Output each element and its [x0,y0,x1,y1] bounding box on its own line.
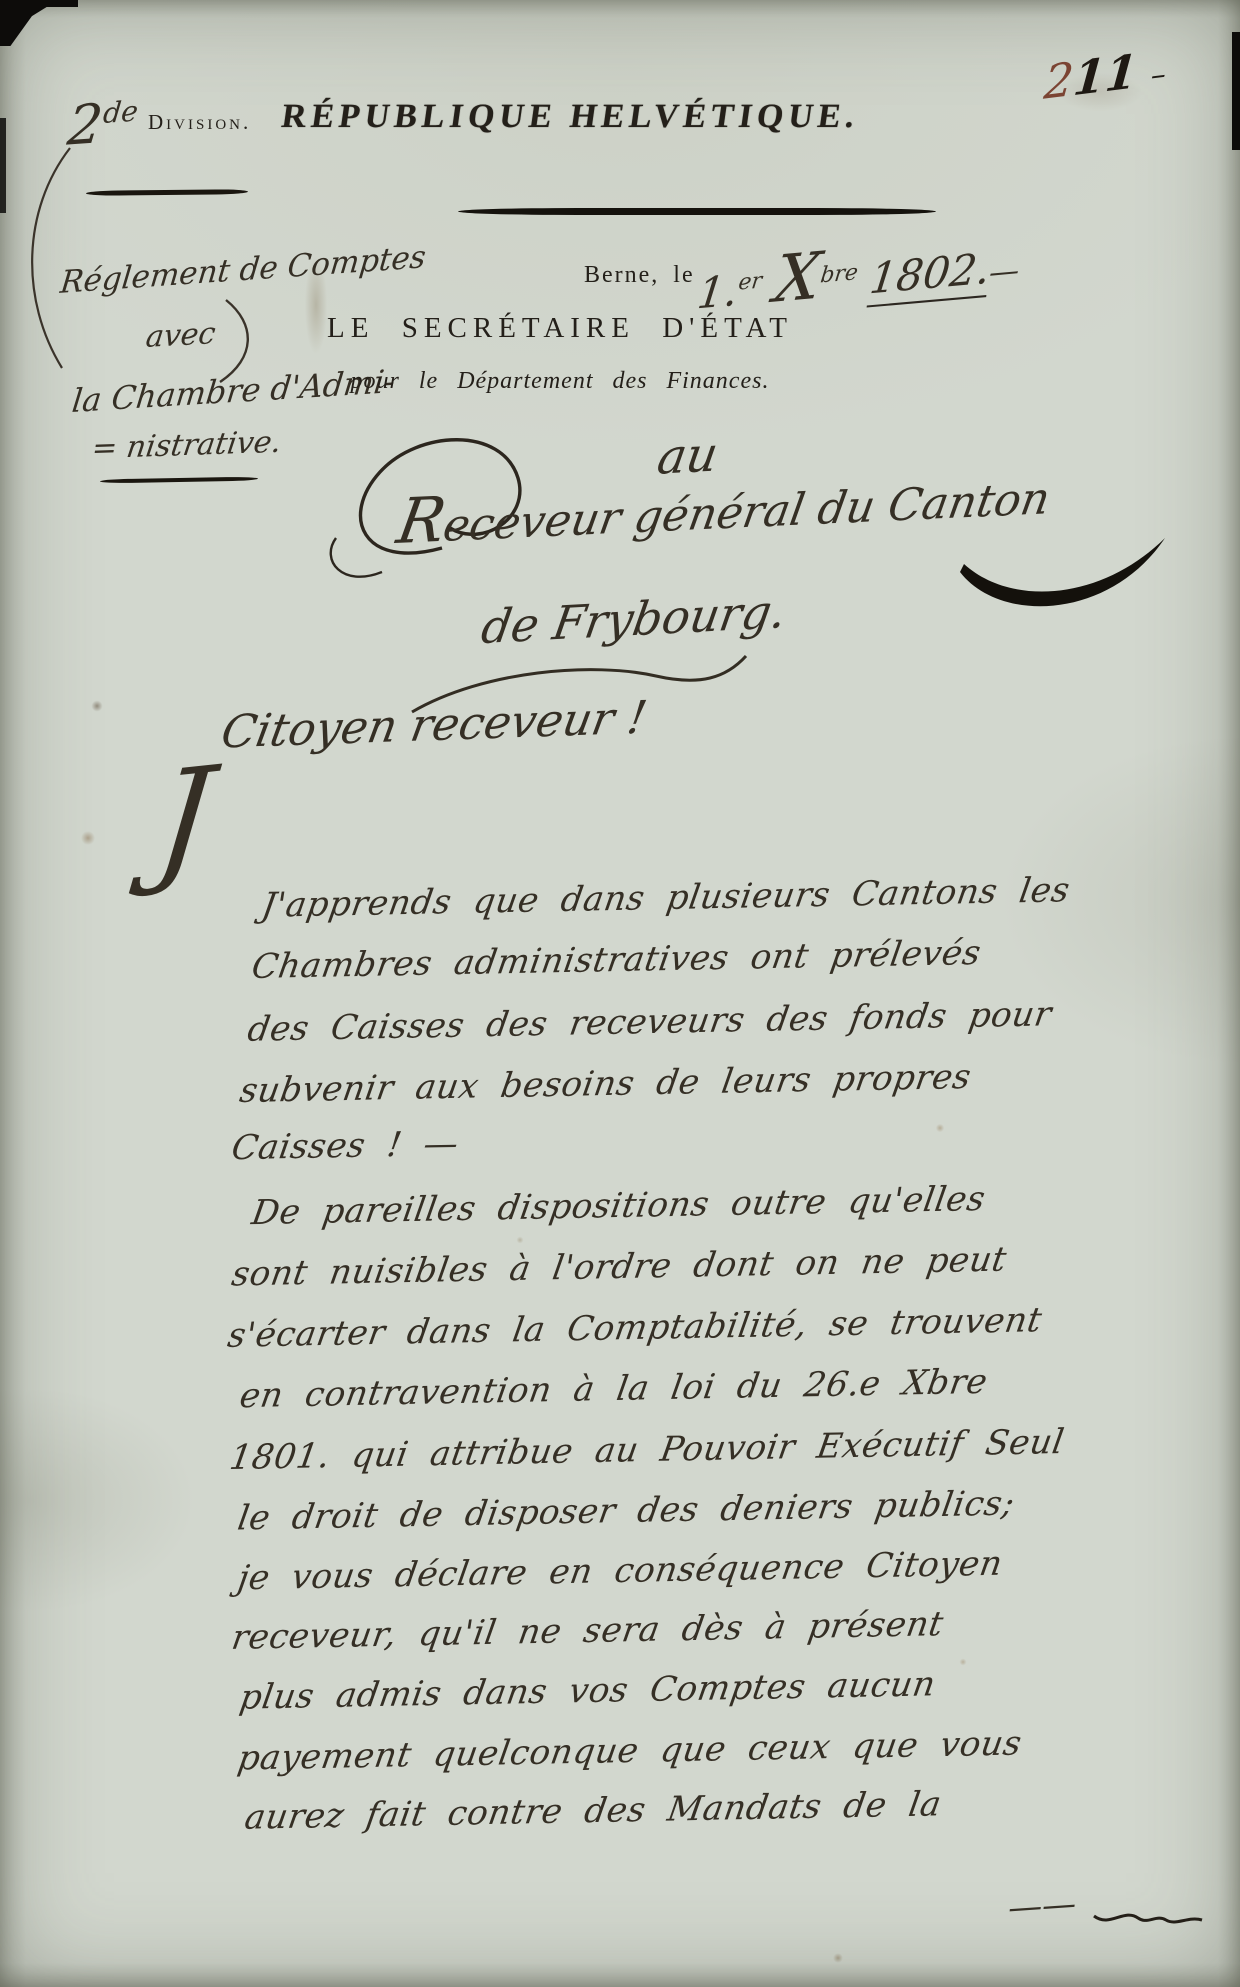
body-line: 1801. qui attribue au Pouvoir Exécutif S… [227,1422,1067,1478]
folio-dash: – [1149,56,1167,93]
dateline-day: 1. [695,265,741,318]
scan-edge-right-strip [1232,32,1240,150]
closing-dash: —— [1007,1884,1078,1929]
title-rule [458,208,936,215]
initial-flourish: J [150,738,219,900]
body-line: De pareilles dispositions outre qu'elles [249,1179,988,1233]
paraph-flourish [1090,1890,1210,1940]
body-line: plus admis dans vos Comptes aucun [237,1664,939,1717]
scan-edge-left-nick [0,118,6,213]
dateline-handwritten: 1.er Xbre 1802.— [694,221,1025,324]
dateline-month: X [771,239,826,318]
body-line: en contravention à la loi du 26.e Xbre [237,1362,990,1416]
body-line: aurez fait contre des Mandats de la [242,1784,944,1837]
body-line: le droit de disposer des deniers publics… [235,1483,1017,1538]
dateline-dash: — [987,253,1021,291]
division-underline [86,189,248,196]
body-line: subvenir aux besoins de leurs propres [237,1057,974,1111]
margin-note-line1: Réglement de Comptes [59,239,428,301]
body-line: sont nuisibles à l'ordre dont on ne peut [229,1240,1009,1295]
body-line: payement quelconque que ceux que vous [235,1723,1025,1778]
dateline-place: Berne, le [584,262,695,289]
dateline-month-suffix: bre [819,260,859,289]
body-line: J'apprends que dans plusieurs Cantons le… [259,870,1073,926]
folio-number: 211 – [1042,40,1169,110]
folio-rest-digits: 11 [1071,44,1139,107]
margin-note-line2: avec [144,316,218,355]
office-line2: pour le Département des Finances. [310,368,810,395]
dateline-day-suffix: er [737,268,763,295]
page-title: RÉPUBLIQUE HELVÉTIQUE. [245,98,895,136]
body-line: s'écarter dans la Comptabilité, se trouv… [225,1300,1045,1356]
margin-note-line4: = nistrative. [90,425,284,467]
dateline-year: 1802. [867,243,993,307]
body-line: je vous déclare en conséquence Citoyen [235,1544,1005,1599]
body-line: Caisses ! — [229,1124,462,1168]
salutation: Citoyen receveur ! [217,690,650,758]
division-label: Division. [148,110,251,135]
margin-brace-flourish [14,140,74,375]
canton-bowl-flourish [940,520,1180,630]
letter-page: 211 – 2de Division. RÉPUBLIQUE HELVÉTIQU… [0,0,1240,1987]
body-line: des Caisses des receveurs des fonds pour [245,994,1055,1050]
body-line: Chambres administratives ont prélevés [249,933,984,987]
margin-note-underline [100,477,258,484]
division-numeral-sup: de [102,94,140,130]
office-line1: LE SECRÉTAIRE D'ÉTAT [310,312,810,345]
division-numeral: 2de [65,89,140,157]
body-line: receveur, qu'il ne sera dès à présent [229,1604,946,1658]
